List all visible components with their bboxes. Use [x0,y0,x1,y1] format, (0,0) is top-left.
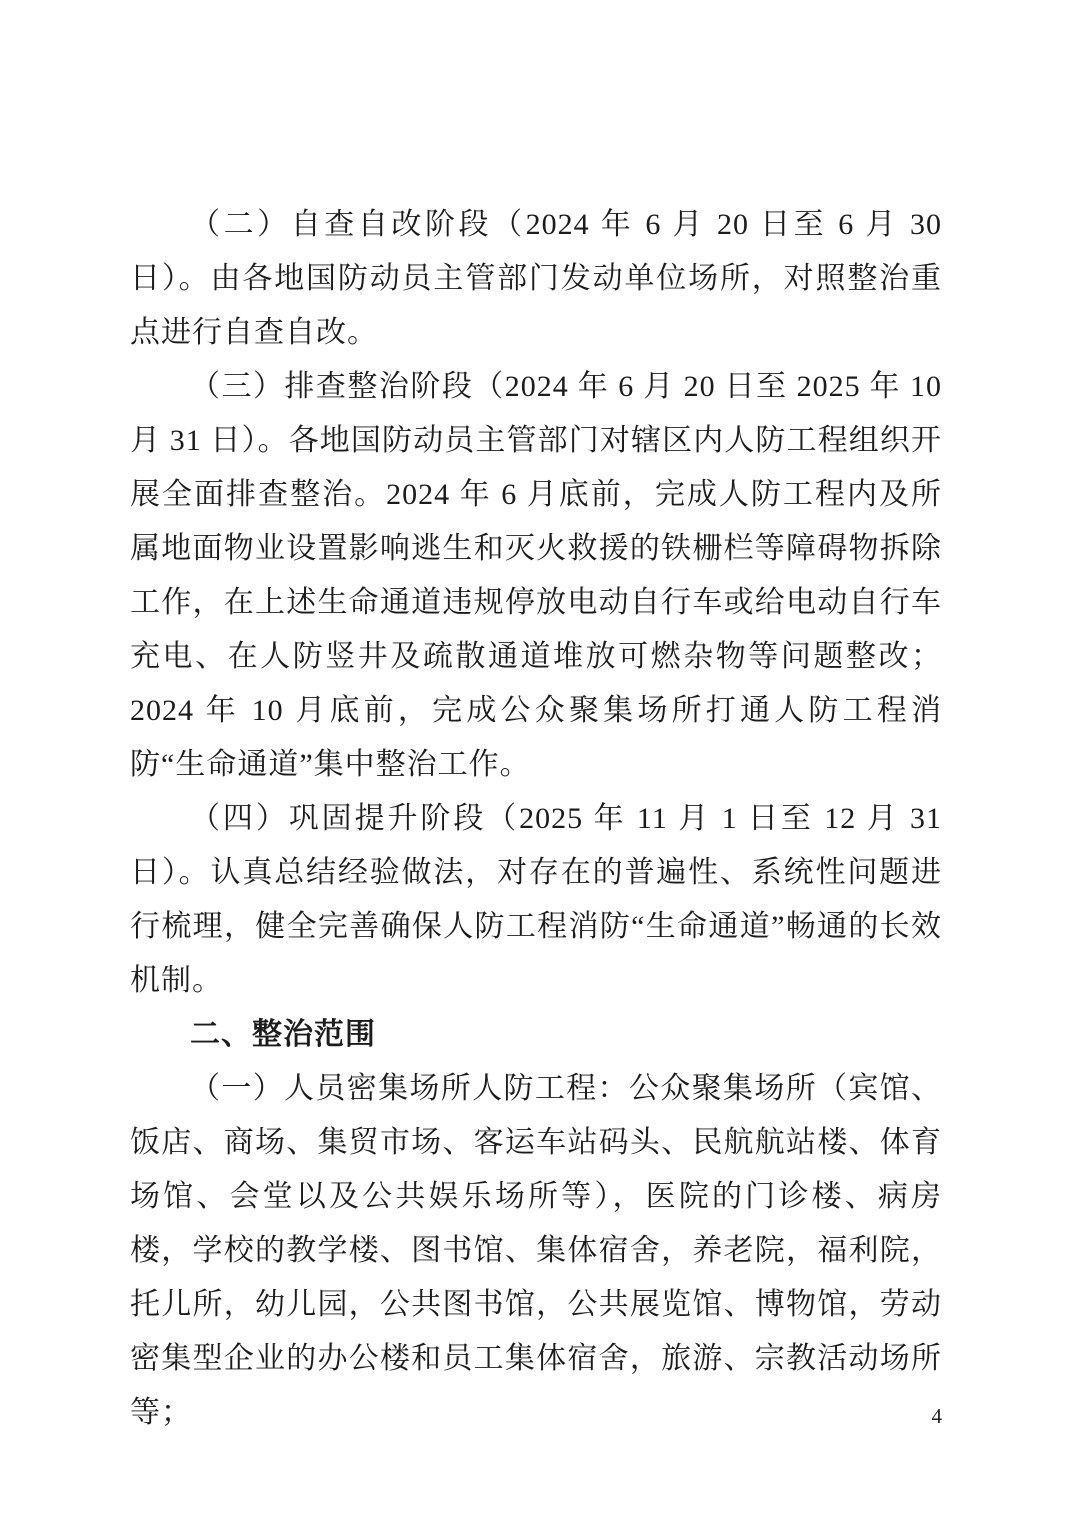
paragraph-scope-item-1: （一）人员密集场所人防工程：公众聚集场所（宾馆、饭店、商场、集贸市场、客运车站码… [130,1062,942,1440]
document-page: （二）自查自改阶段（2024 年 6 月 20 日至 6 月 30 日）。由各地… [0,0,1074,1520]
paragraph-stage-self-check: （二）自查自改阶段（2024 年 6 月 20 日至 6 月 30 日）。由各地… [130,198,942,360]
paragraph-stage-inspection: （三）排查整治阶段（2024 年 6 月 20 日至 2025 年 10 月 3… [130,360,942,792]
page-number: 4 [130,1402,942,1430]
paragraph-stage-consolidation: （四）巩固提升阶段（2025 年 11 月 1 日至 12 月 31 日）。认真… [130,792,942,1008]
section-heading-scope: 二、整治范围 [130,1008,942,1062]
document-body: （二）自查自改阶段（2024 年 6 月 20 日至 6 月 30 日）。由各地… [130,198,942,1440]
